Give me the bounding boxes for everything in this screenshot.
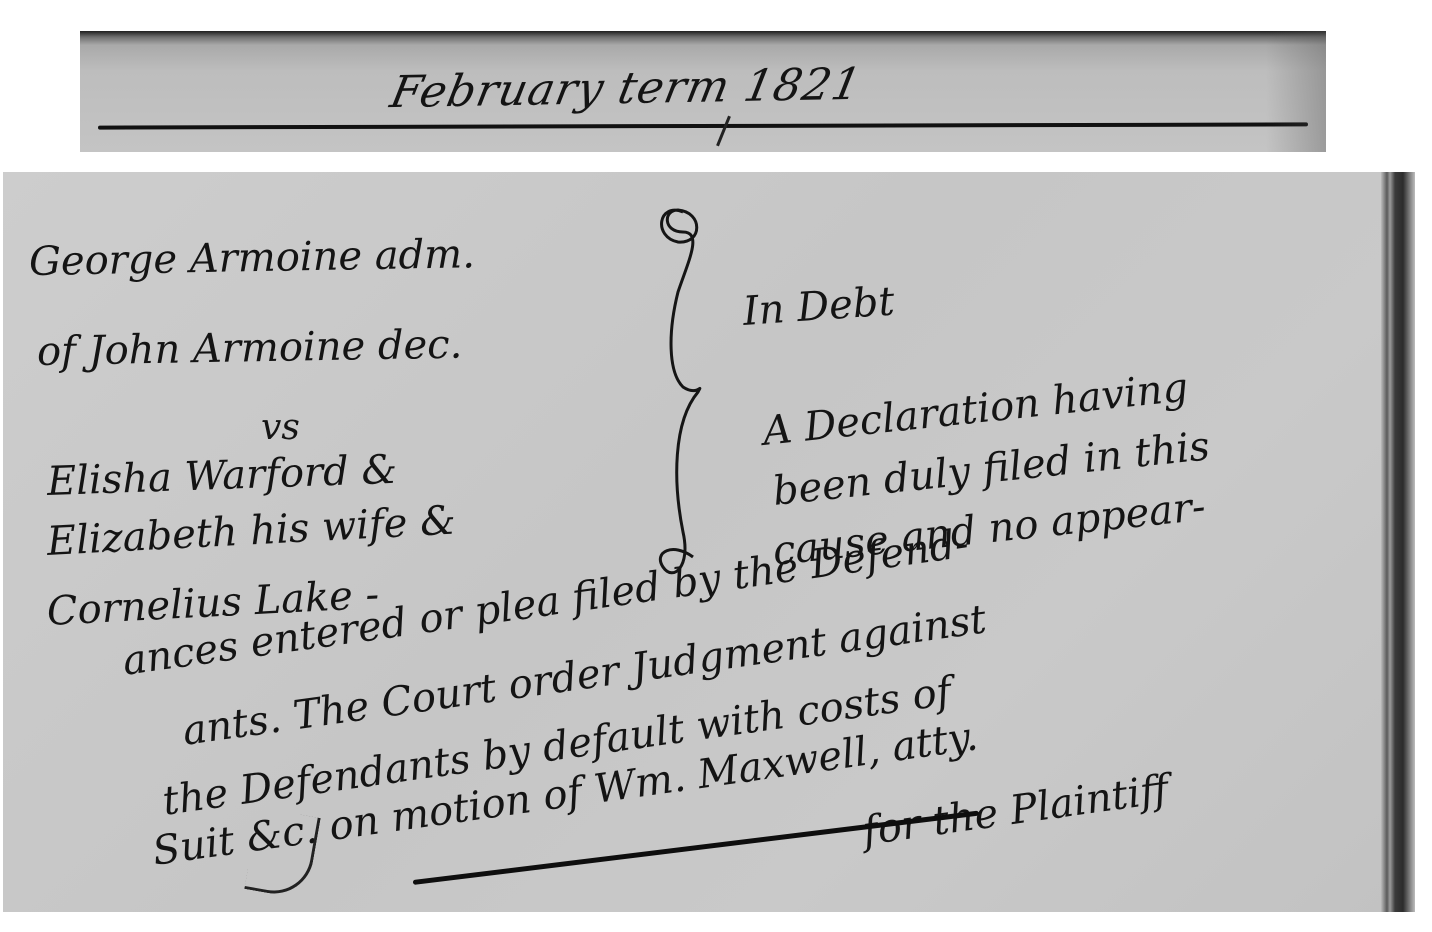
versus-label: vs	[261, 410, 300, 446]
defendant-line-2: Elizabeth his wife &	[46, 501, 457, 562]
header-strip: February term 1821	[80, 31, 1326, 152]
heading-flourish	[716, 116, 731, 147]
ledger-page: George Armoine adm. of John Armoine dec.…	[3, 172, 1415, 912]
bleed-through-text	[820, 211, 838, 256]
bracket-brace	[643, 182, 723, 602]
heading-rule	[98, 122, 1308, 129]
action-label: In Debt	[742, 281, 896, 331]
page-binding-edge	[1381, 172, 1415, 912]
plaintiff-line-2: of John Armoine dec.	[37, 325, 463, 372]
pen-flourish	[244, 807, 320, 900]
plaintiff-line-1: George Armoine adm.	[29, 234, 476, 282]
term-heading: February term 1821	[386, 59, 866, 118]
defendant-line-1: Elisha Warford &	[46, 450, 397, 502]
entry-line-8: for the Plaintiff	[860, 769, 1171, 852]
